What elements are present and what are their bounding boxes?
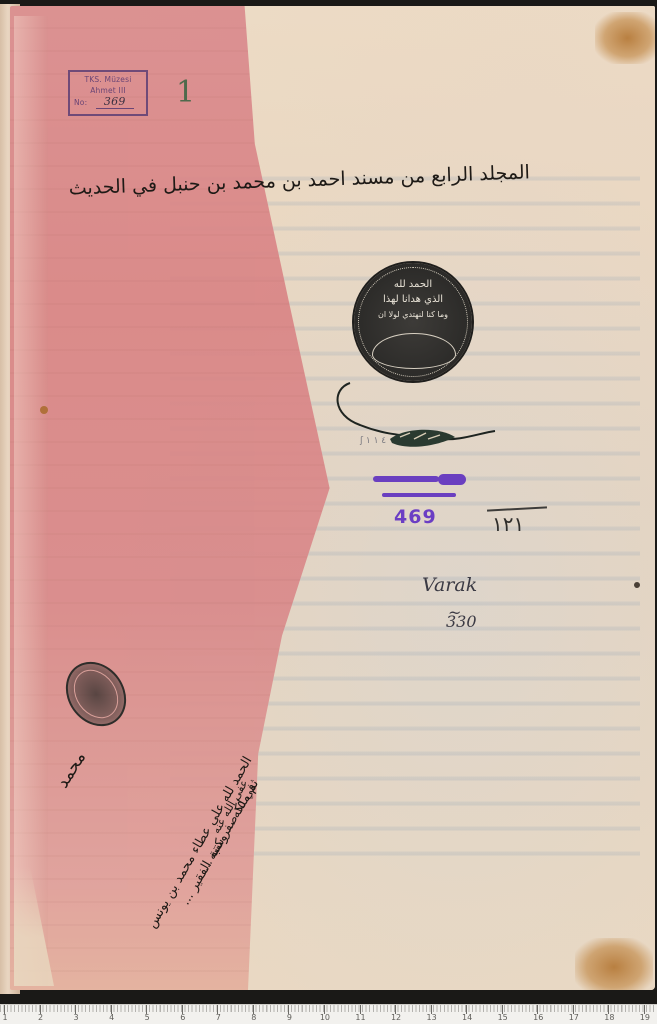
purple-crayon-stroke: [382, 493, 456, 497]
ruler-label: 11: [355, 1013, 365, 1022]
purple-shelf-number: 469: [394, 506, 437, 528]
ruler-ticks: [0, 1005, 657, 1012]
round-seal-icon: الحمد لله الذي هدانا لهذا وما كنا لنهتدي…: [354, 263, 472, 381]
stamp-line-1: TKS. Müzesi: [70, 74, 146, 85]
rust-stain-bottom-right: [575, 938, 653, 990]
ruler-label: 6: [180, 1013, 185, 1022]
purple-crayon-stroke: [373, 476, 439, 482]
ruler-label: 9: [287, 1013, 292, 1022]
ruler-label: 18: [604, 1013, 614, 1022]
stamp-number-row: No: 369: [70, 96, 146, 108]
seal-line: الحمد لله: [364, 277, 462, 292]
ruler-label: 7: [216, 1013, 221, 1022]
stamp-number-prefix: No:: [74, 98, 87, 107]
ruler-label: 3: [74, 1013, 79, 1022]
ruler-label: 14: [462, 1013, 472, 1022]
ruler-label: 15: [498, 1013, 508, 1022]
ruler-label: 16: [533, 1013, 543, 1022]
varak-count: 330: [446, 612, 477, 631]
ink-spot: [634, 582, 640, 588]
ruler-label: 4: [109, 1013, 114, 1022]
tughra-icon: [372, 333, 456, 369]
scale-ruler: 12345678910111213141516171819: [0, 1004, 657, 1024]
manuscript-page: [10, 6, 655, 990]
arabic-numeral-note: ١٢١: [492, 512, 524, 536]
varak-label: Varak: [422, 574, 477, 596]
ruler-label: 17: [569, 1013, 579, 1022]
signature-flourish-icon: ʃ ۱ ۱ ٤: [330, 375, 500, 455]
ruler-label: 12: [391, 1013, 401, 1022]
page-fold-edge: [14, 16, 48, 986]
library-stamp: TKS. Müzesi Ahmet III No: 369: [68, 70, 148, 116]
ruler-label: 19: [640, 1013, 650, 1022]
seal-line: الذي هدانا لهذا: [364, 292, 462, 307]
ruler-label: 2: [38, 1013, 43, 1022]
ruler-label: 8: [251, 1013, 256, 1022]
ruler-label: 5: [145, 1013, 150, 1022]
ruler-label: 1: [2, 1013, 7, 1022]
folio-number: 1: [176, 78, 195, 108]
ruler-label: 10: [320, 1013, 330, 1022]
ruler-label: 13: [427, 1013, 437, 1022]
svg-text:ʃ ۱ ۱ ٤: ʃ ۱ ۱ ٤: [359, 436, 386, 446]
foxing-spot: [40, 406, 48, 414]
purple-crayon-stroke: [438, 474, 466, 485]
rust-stain-top-right: [595, 12, 655, 64]
seal-inscription: الحمد لله الذي هدانا لهذا وما كنا لنهتدي…: [364, 277, 462, 322]
stamp-handwritten-number: 369: [96, 95, 134, 109]
seal-line: وما كنا لنهتدي لولا ان: [364, 307, 462, 322]
